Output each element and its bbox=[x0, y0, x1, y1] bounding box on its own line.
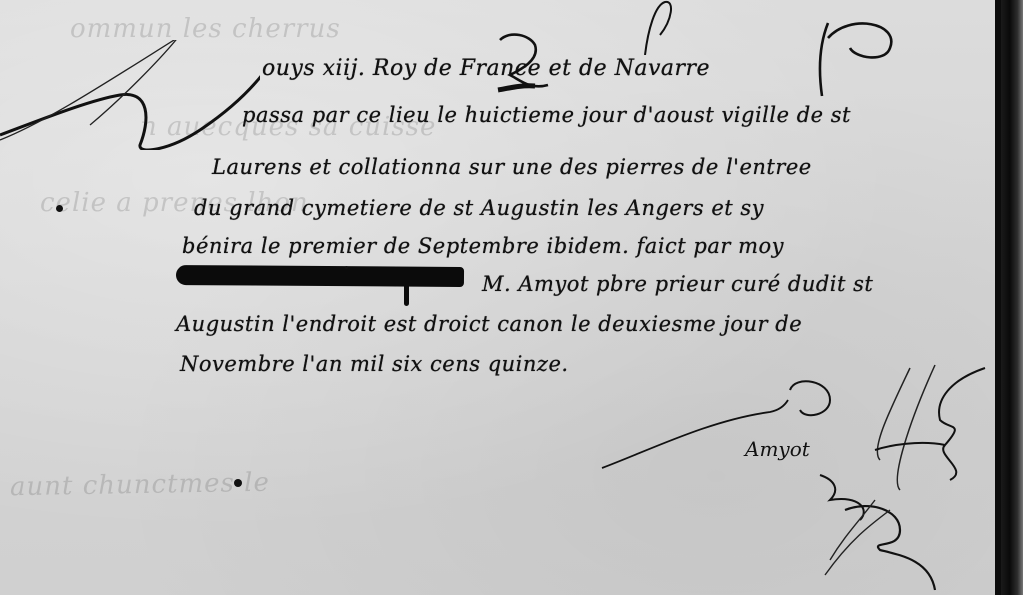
entry-line-8: Novembre l'an mil six cens quinze. bbox=[180, 352, 569, 376]
entry-line-4: du grand cymetiere de st Augustin les An… bbox=[194, 196, 764, 220]
capital-n-flourish-icon bbox=[810, 18, 910, 98]
entry-line-3: Laurens et collationna sur une des pierr… bbox=[212, 155, 812, 179]
ink-speck bbox=[56, 205, 63, 212]
ink-speck bbox=[234, 479, 242, 487]
ascender-flourish-icon bbox=[630, 0, 680, 55]
entry-line-6: M. Amyot pbre prieur curé dudit st bbox=[482, 272, 873, 296]
initial-flourish-icon bbox=[0, 40, 260, 150]
entry-line-5: bénira le premier de Septembre ibidem. f… bbox=[182, 234, 784, 258]
bleed-through-text: aunt chunctmes le bbox=[10, 468, 270, 503]
manuscript-page: ommun les cherrus n auecques sa cuisse c… bbox=[0, 0, 1023, 595]
entry-line-2: passa par ce lieu le huictieme jour d'ao… bbox=[242, 103, 851, 127]
ink-drip bbox=[404, 282, 409, 306]
ink-speck bbox=[345, 266, 348, 269]
signature-paraph-icon bbox=[590, 360, 990, 595]
entry-line-1: ouys xiij. Roy de France et de Navarre bbox=[262, 56, 710, 81]
signature-name: Amyot bbox=[745, 437, 810, 461]
redaction-bar bbox=[176, 265, 464, 287]
book-binding bbox=[1001, 0, 1023, 595]
entry-line-7: Augustin l'endroit est droict canon le d… bbox=[176, 312, 802, 336]
